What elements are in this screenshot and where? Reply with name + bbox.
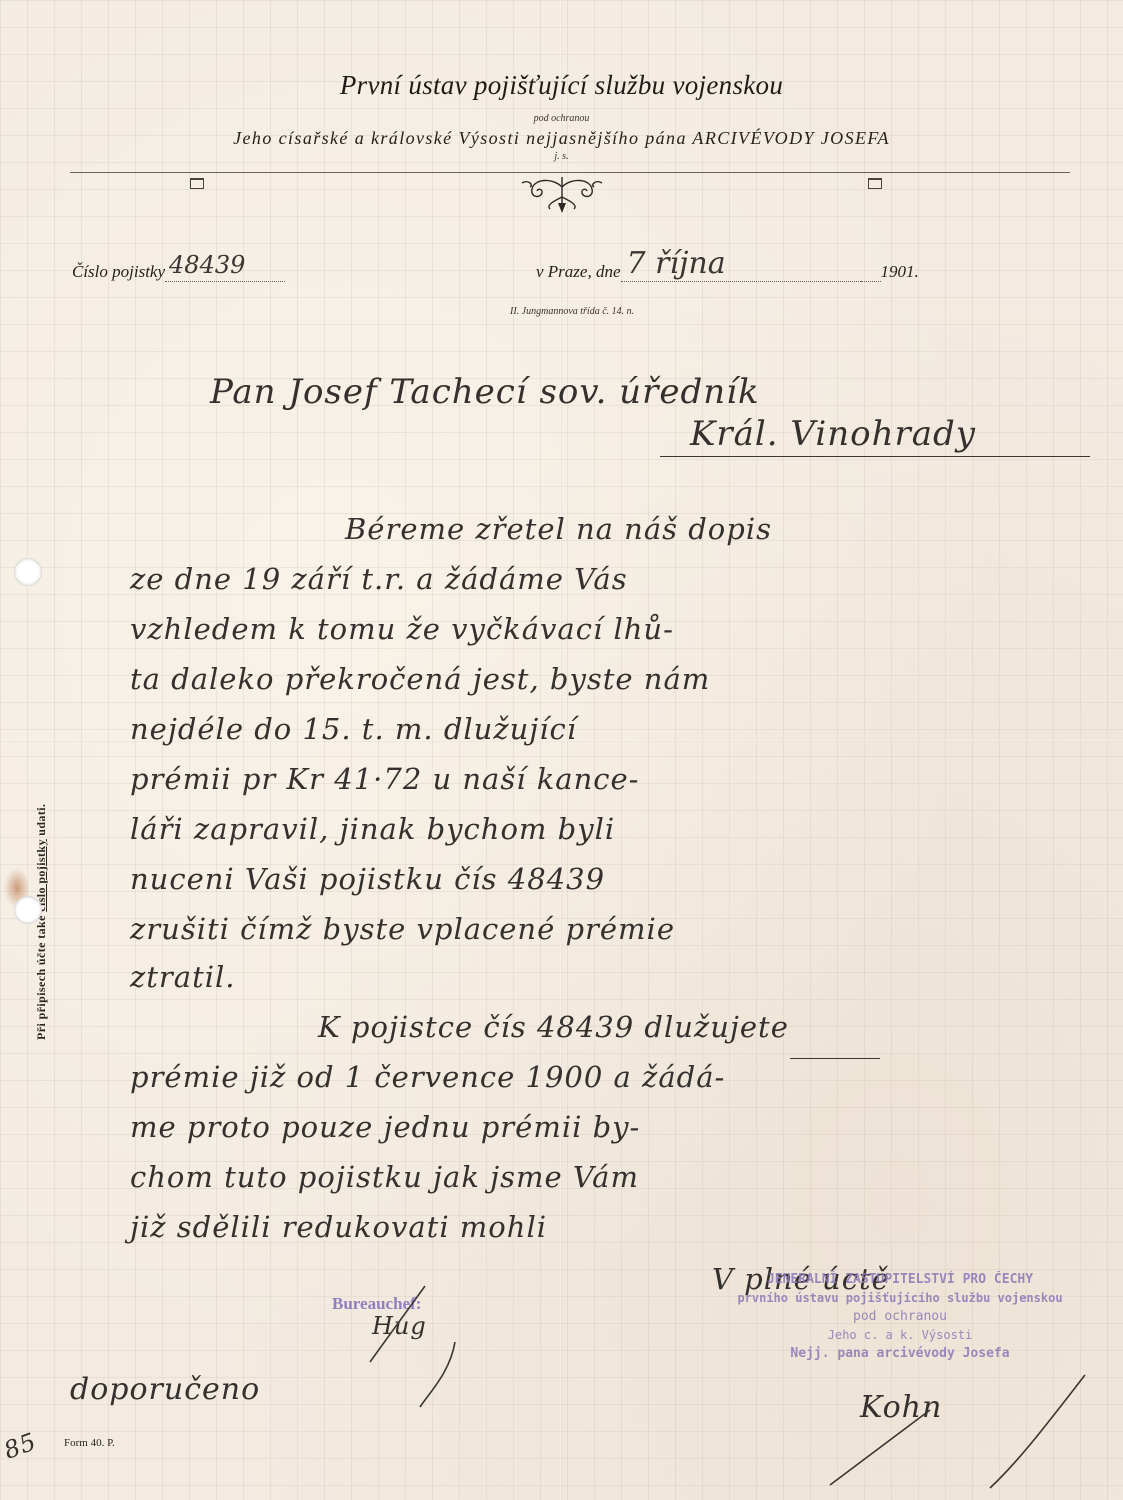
paper-fold-vertical bbox=[560, 0, 562, 1500]
body-line-12: prémie již od 1 července 1900 a žádá- bbox=[130, 1060, 725, 1094]
stamp-line-2: prvního ústavu pojišťujícího službu voje… bbox=[700, 1291, 1100, 1305]
policy-number-label: Číslo pojistky bbox=[72, 262, 165, 281]
body-line-6: prémii pr Kr 41·72 u naší kance- bbox=[130, 762, 639, 796]
signature-right-stroke-icon bbox=[820, 1370, 1090, 1490]
body-line-10: ztratil. bbox=[130, 960, 236, 994]
letterhead-suffix: j. s. bbox=[0, 151, 1123, 162]
year-value: 1901. bbox=[881, 262, 919, 281]
stamp-line-1: JENERALNÍ ZASTUPITELSTVÍ PRO ČECHY bbox=[700, 1272, 1100, 1287]
recipient-underline bbox=[660, 456, 1090, 457]
margin-note: 85 bbox=[0, 1427, 40, 1464]
fleuron-ornament-icon bbox=[512, 175, 612, 215]
body-line-1: Béreme zřetel na náš dopis bbox=[345, 512, 772, 546]
date-handwritten: 7 října bbox=[627, 246, 726, 281]
policy-number-value: 48439 bbox=[169, 251, 245, 279]
date-field: v Praze, dne7 října1901. bbox=[536, 262, 919, 282]
general-agency-stamp: JENERALNÍ ZASTUPITELSTVÍ PRO ČECHY první… bbox=[700, 1272, 1100, 1361]
side-note: Při připisech účte také číslo pojistky u… bbox=[34, 804, 49, 1040]
office-address: II. Jungmannova třída č. 14. n. bbox=[510, 306, 634, 317]
body-line-13: me proto pouze jednu prémii by- bbox=[130, 1110, 640, 1144]
letterhead-patron: Jeho císařské a královské Výsosti nejjas… bbox=[0, 128, 1123, 149]
letterhead-rule bbox=[70, 172, 1070, 173]
letterhead-title: První ústav pojišťující službu vojenskou bbox=[0, 70, 1123, 101]
form-number: Form 40. P. bbox=[64, 1437, 115, 1449]
recipient-name: Pan Josef Tachecí sov. úředník bbox=[210, 372, 760, 412]
body-line-11: K pojistce čís 48439 dlužujete bbox=[318, 1010, 789, 1044]
punch-hole-top bbox=[14, 558, 42, 586]
body-line-8: nuceni Vaši pojistku čís 48439 bbox=[130, 862, 605, 896]
body-line-15: již sdělili redukovati mohli bbox=[130, 1210, 547, 1244]
body-line-3: vzhledem k tomu že vyčkávací lhů- bbox=[130, 612, 674, 646]
body-line-4: ta daleko překročená jest, byste nám bbox=[130, 662, 710, 696]
bracket-ornament-left bbox=[190, 178, 204, 189]
stamp-line-3: pod ochranou bbox=[700, 1309, 1100, 1324]
punch-hole-bottom bbox=[14, 896, 42, 924]
signature-left-stroke-icon bbox=[360, 1282, 460, 1412]
body-line-7: láři zapravil, jinak bychom byli bbox=[130, 812, 615, 846]
year-1900-underline bbox=[790, 1058, 880, 1059]
body-line-9: zrušiti čímž byste vplacené prémie bbox=[130, 912, 675, 946]
recipient-address: Král. Vinohrady bbox=[690, 414, 976, 454]
body-line-14: chom tuto pojistku jak jsme Vám bbox=[130, 1160, 639, 1194]
bracket-ornament-right bbox=[868, 178, 882, 189]
stamp-line-5: Nejj. pana arcivévody Josefa bbox=[700, 1346, 1100, 1361]
body-line-2: ze dne 19 září t.r. a žádáme Vás bbox=[130, 562, 628, 596]
recommended-note: doporučeno bbox=[70, 1372, 260, 1407]
letterhead-subtitle: pod ochranou bbox=[0, 113, 1123, 124]
stamp-line-4: Jeho c. a k. Výsosti bbox=[700, 1328, 1100, 1342]
body-line-5: nejdéle do 15. t. m. dlužující bbox=[130, 712, 577, 746]
policy-number-field: Číslo pojistky48439 bbox=[72, 262, 285, 282]
place-label: v Praze, dne bbox=[536, 262, 621, 281]
